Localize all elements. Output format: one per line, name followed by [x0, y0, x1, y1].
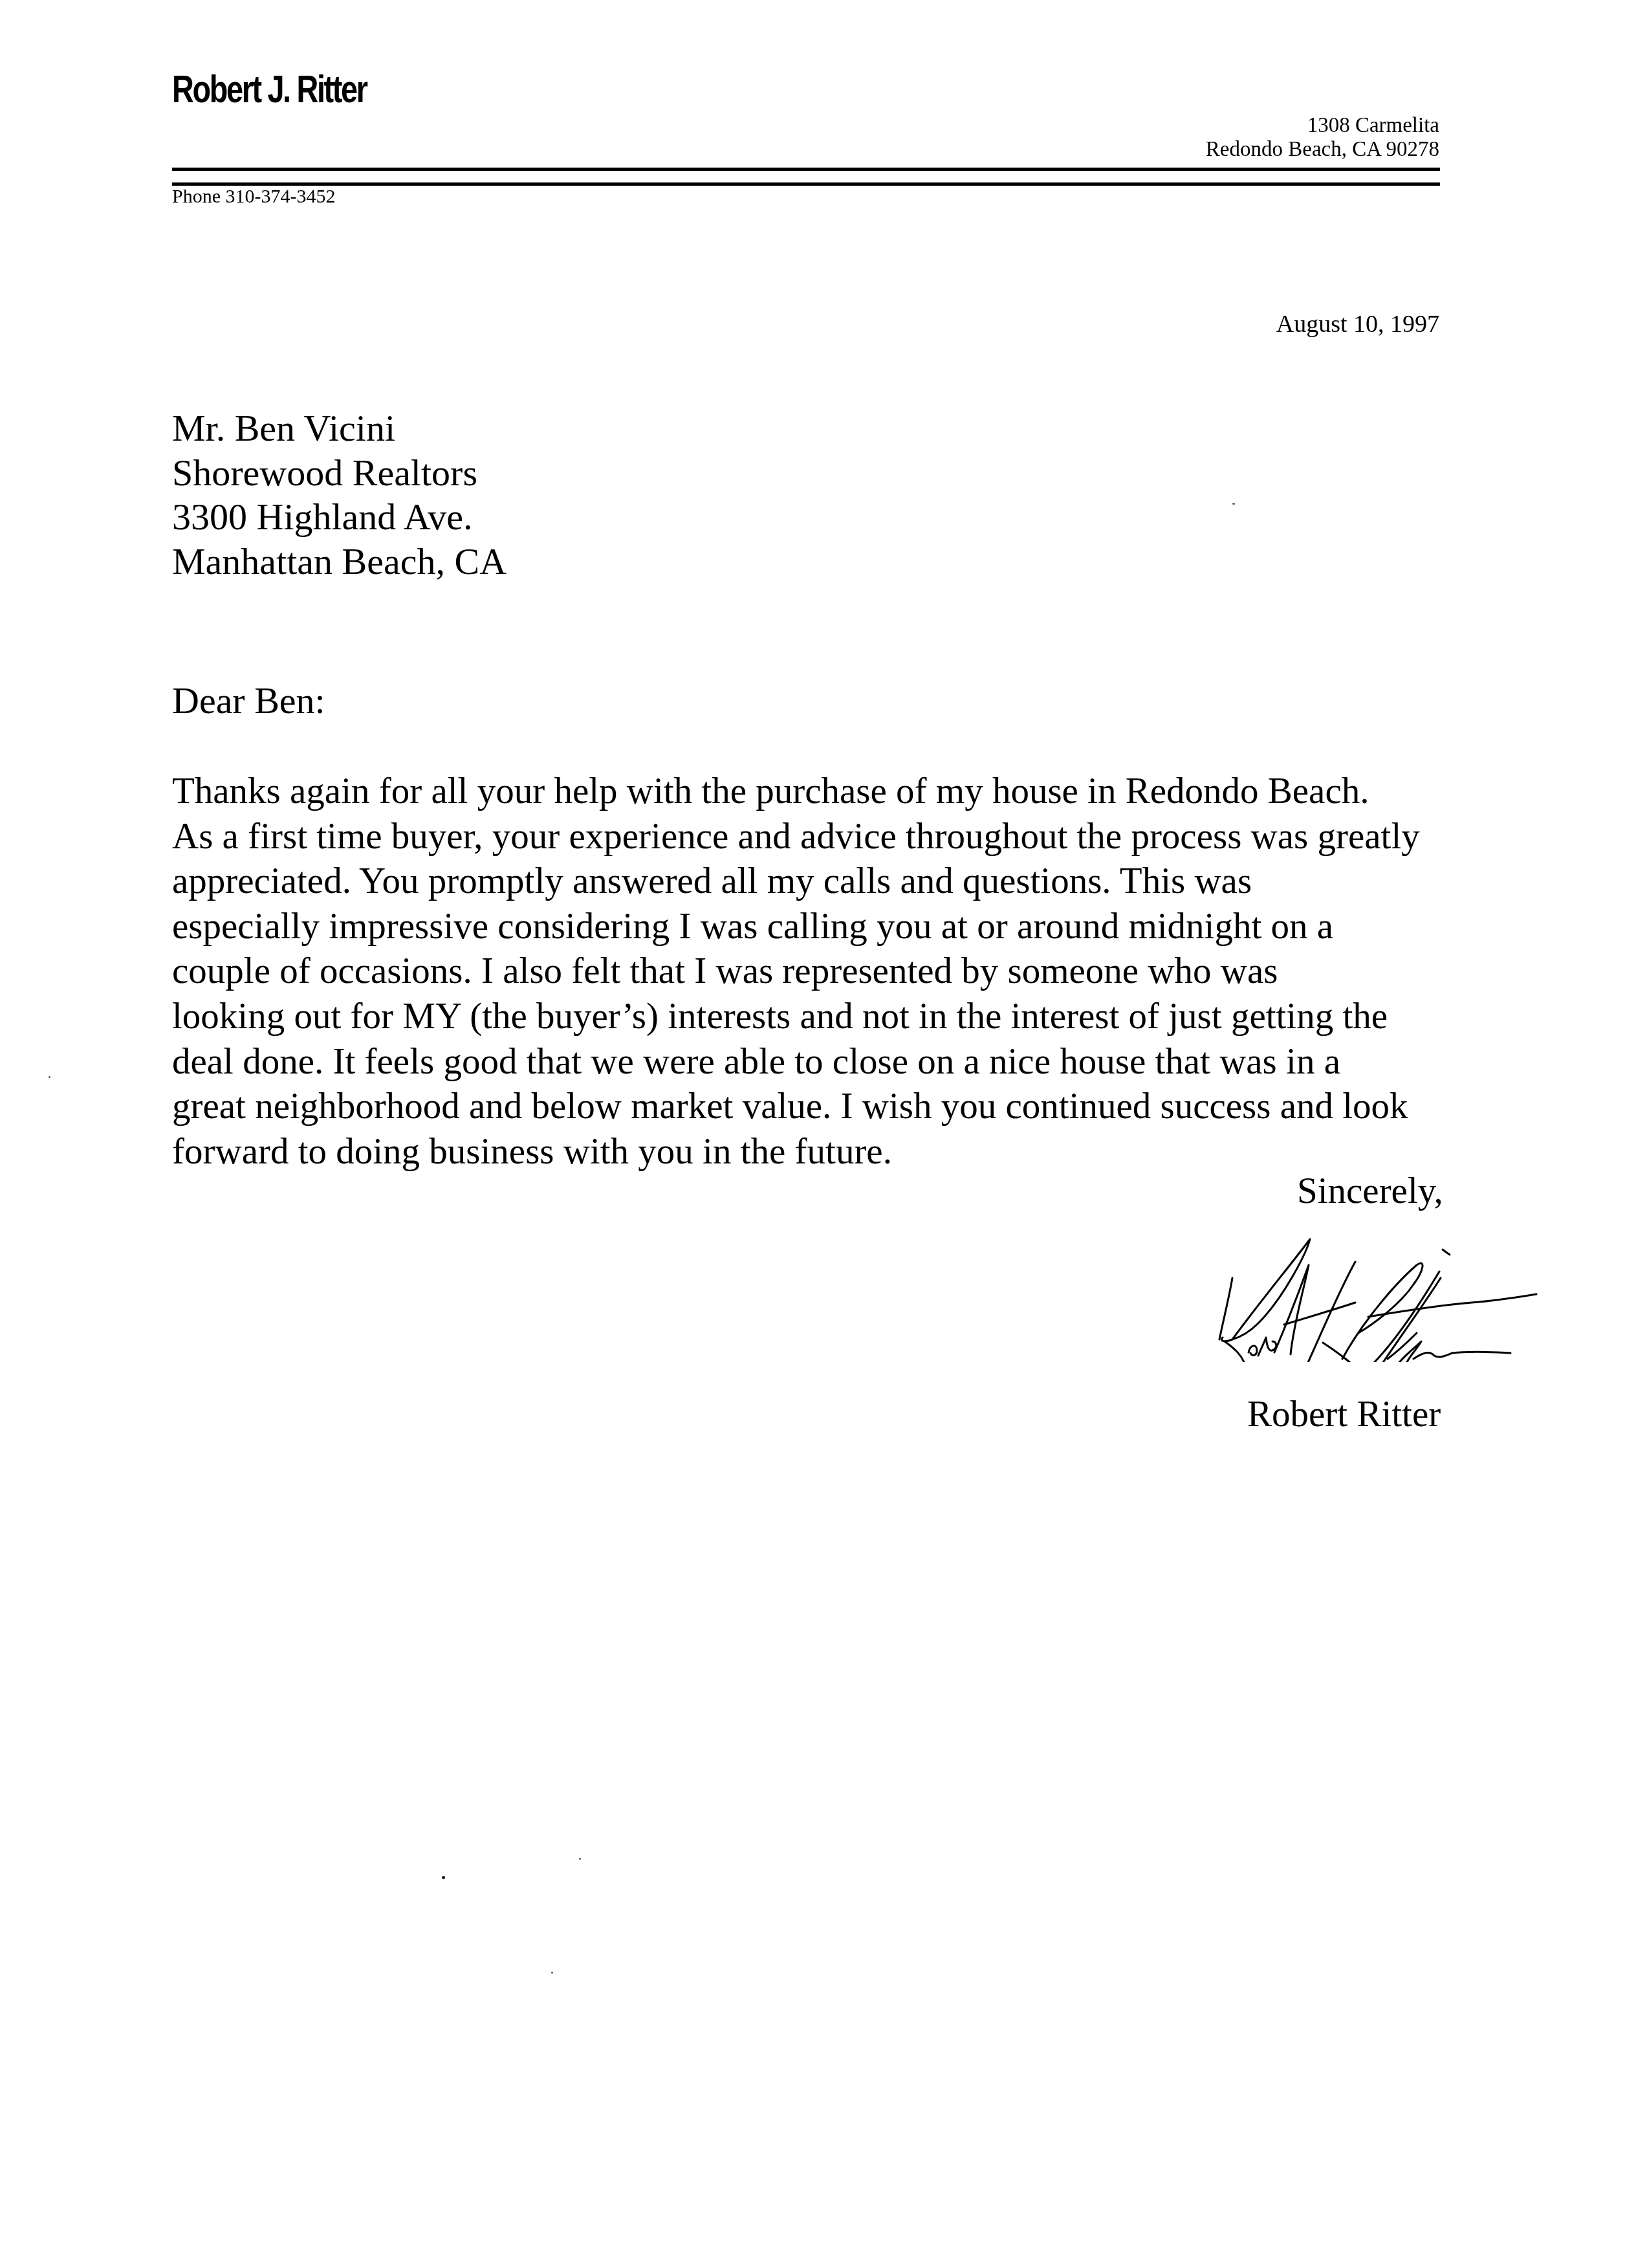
- closing: Sincerely,: [1297, 1173, 1443, 1209]
- handwritten-signature-icon: [1194, 1226, 1608, 1362]
- scan-speck: [1232, 503, 1235, 505]
- body-line: especially impressive considering I was …: [172, 904, 1420, 949]
- letter-date: August 10, 1997: [1276, 312, 1439, 336]
- recipient-city: Manhattan Beach, CA: [172, 540, 507, 584]
- body-line: couple of occasions. I also felt that I …: [172, 949, 1420, 994]
- body-line: forward to doing business with you in th…: [172, 1129, 1420, 1174]
- scan-speck: [551, 1972, 553, 1974]
- recipient-address: Mr. Ben Vicini Shorewood Realtors 3300 H…: [172, 406, 507, 584]
- letterhead-address-line2: Redondo Beach, CA 90278: [1206, 138, 1439, 162]
- body-line: Thanks again for all your help with the …: [172, 769, 1420, 814]
- body-line: great neighborhood and below market valu…: [172, 1084, 1420, 1129]
- letterhead-name: Robert J. Ritter: [172, 70, 367, 109]
- letter-body: Thanks again for all your help with the …: [172, 769, 1420, 1174]
- scan-speck: [49, 1076, 50, 1078]
- scan-speck: [579, 1858, 581, 1860]
- body-line: looking out for MY (the buyer’s) interes…: [172, 994, 1420, 1039]
- letterhead-address-line1: 1308 Carmelita: [1206, 114, 1439, 138]
- recipient-street: 3300 Highland Ave.: [172, 495, 507, 540]
- letterhead-rule-bottom: [172, 182, 1440, 186]
- letterhead-address: 1308 Carmelita Redondo Beach, CA 90278: [1206, 114, 1439, 162]
- letterhead-rule-top: [172, 168, 1440, 171]
- body-line: deal done. It feels good that we were ab…: [172, 1039, 1420, 1084]
- salutation: Dear Ben:: [172, 682, 325, 720]
- body-line: appreciated. You promptly answered all m…: [172, 859, 1420, 904]
- letterhead-phone: Phone 310-374-3452: [172, 187, 335, 206]
- recipient-name: Mr. Ben Vicini: [172, 406, 507, 451]
- signer-name: Robert Ritter: [1247, 1396, 1441, 1433]
- recipient-company: Shorewood Realtors: [172, 451, 507, 496]
- body-line: As a first time buyer, your experience a…: [172, 814, 1420, 859]
- scan-speck: [442, 1876, 445, 1879]
